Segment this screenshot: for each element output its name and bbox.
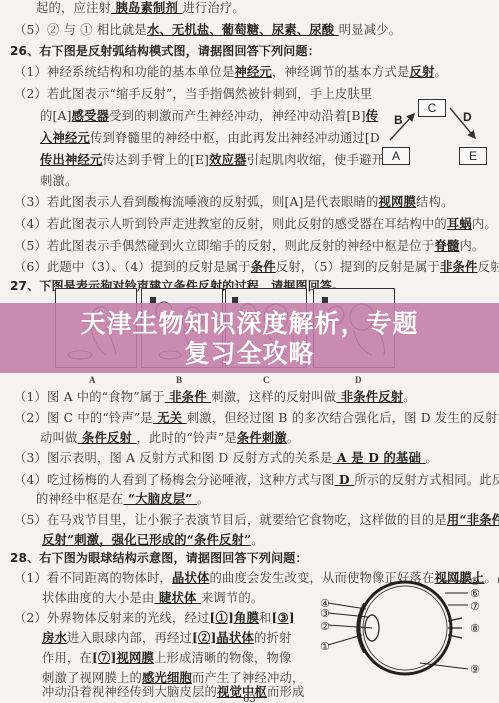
q27-part5-line2: 反射”刺激，强化已形成的“条件反射”。 bbox=[42, 532, 264, 548]
q28-part2-line5: 冲动沿着视神经传到大脑皮层的视觉中枢而形成 bbox=[42, 684, 304, 700]
text: （1）神经系统结构和功能的基本单位是 bbox=[14, 65, 234, 79]
text: （3）图示表明，图 A 反射方式和图 D 反射方式的关系是 bbox=[14, 451, 333, 465]
text: ，此时的“铃声”是 bbox=[136, 431, 236, 445]
answer-text: [①]角膜 bbox=[209, 610, 259, 625]
text: 引起肌肉收缩，使手避开 bbox=[247, 153, 384, 167]
answer-text: 入神经元 bbox=[40, 130, 90, 145]
q26-part2-line5: 刺激。 bbox=[40, 173, 78, 189]
answer-text: 视网膜 bbox=[379, 194, 417, 209]
answer-text: 无关 bbox=[153, 410, 187, 425]
answer-text: 效应器 bbox=[209, 152, 247, 167]
text: （2）外界物体反射来的光线，经过 bbox=[14, 611, 209, 625]
answer-text: 耳蜗 bbox=[447, 216, 472, 231]
document-page: 起的，应注射 胰岛素制剂 进行治疗。 （5）② 与 ① 相比就是水、无机盐、葡萄… bbox=[0, 0, 499, 703]
q28-part2-line1: （2）外界物体反射来的光线，经过[①]角膜和[③] bbox=[14, 610, 295, 626]
picture-label-d: D bbox=[355, 375, 362, 385]
text: 和 bbox=[259, 611, 272, 625]
text: 进入眼球内部，再经过 bbox=[67, 631, 192, 645]
answer-text: 感受器 bbox=[72, 108, 110, 123]
text: 。 bbox=[426, 451, 439, 465]
text: 。 bbox=[403, 390, 416, 404]
text: 来调节的。 bbox=[201, 591, 264, 605]
q26-part1: （1）神经系统结构和功能的基本单位是神经元，神经调节的基本方式是反射。 bbox=[14, 64, 447, 80]
text: 进行治疗。 bbox=[182, 1, 245, 15]
eye-label-2: ② bbox=[320, 620, 330, 633]
q27-part4-line1: （4）吃过杨梅的人看到了杨梅会分泌唾液，这种方式与图 D 所示的反射方式相同。此… bbox=[14, 472, 499, 488]
text: （6）此题中（3）、（4）提到的反射是属于 bbox=[14, 260, 251, 274]
q28-part2-line2: 房水进入眼球内部，再经过[②]晶状体的折射 bbox=[42, 630, 292, 646]
answer-text: [⑦]视网膜 bbox=[92, 650, 154, 665]
text: 。 bbox=[197, 492, 210, 506]
text: 刺激，但经过图 B 的多次结合强化后，图 D 发生的反射活 bbox=[187, 411, 499, 425]
picture-label-b: B bbox=[176, 375, 182, 385]
q27-part5-line1: （5）在马戏节目里，让小猴子表演节目后，就要给它食物吃，这样做的目的是用“非条件 bbox=[14, 512, 499, 528]
question-28-title: 28、右下图为眼球结构示意图，请据图回答下列问题： bbox=[10, 550, 308, 566]
text: 。 bbox=[434, 65, 447, 79]
text: 受到的刺激而产生神经冲动，神经冲动沿着[B] bbox=[109, 109, 366, 123]
q26-part4: （4）若此图表示人听到铃声走进教室的反射，则此反射的感受器在耳结构中的耳蜗内。 bbox=[14, 216, 497, 232]
text: 刺激，这样的反射叫做 bbox=[211, 390, 336, 404]
text: 而产生了神经冲动， bbox=[192, 671, 304, 685]
q27-part2-line2: 动叫做 条件反射 ，此时的“铃声”是条件刺激。 bbox=[40, 430, 299, 446]
text: 反射。 bbox=[478, 260, 499, 274]
text: 内。 bbox=[459, 239, 484, 253]
picture-label-c: C bbox=[263, 375, 270, 385]
q27-part4-line2: 的神经中枢是在 “大脑皮层” 。 bbox=[36, 491, 209, 507]
text: 的[A] bbox=[40, 109, 72, 123]
answer-text: 晶状体 bbox=[172, 570, 210, 585]
text: （1）图 A 中的“食物”属于 bbox=[14, 390, 165, 404]
text: 状体曲度的大小是由 bbox=[42, 591, 154, 605]
text: 的神经中枢是在 bbox=[36, 492, 123, 506]
q26-part2-line1: （2）若此图表示“缩手反射”，当手指偶然被针刺到，手上皮肤里 bbox=[14, 86, 372, 102]
answer-text: 非条件 bbox=[440, 259, 478, 274]
answer-text: 反射 bbox=[409, 64, 434, 79]
text: 内。 bbox=[472, 217, 497, 231]
answer-text: “大脑皮层” bbox=[123, 491, 197, 506]
text-line: （5）② 与 ① 相比就是水、无机盐、葡萄糖、尿素、尿酸 明显减少。 bbox=[14, 22, 401, 38]
answer-text: 反射”刺激，强化已形成的“条件反射” bbox=[42, 532, 251, 547]
text: （4）吃过杨梅的人看到了杨梅会分泌唾液，这种方式与图 bbox=[14, 473, 334, 487]
text: ，神经调节的基本方式是 bbox=[272, 65, 409, 79]
text: 结构。 bbox=[416, 195, 454, 209]
q26-part2-line4: 传出神经元传达到手臂上的[E]效应器引起肌肉收缩，使手避开 bbox=[40, 152, 384, 168]
q27-part2-line1: （2）图 C 中的“铃声”是 无关 刺激，但经过图 B 的多次结合强化后，图 D… bbox=[14, 410, 499, 426]
answer-text: 条件刺激 bbox=[237, 430, 287, 445]
text: 上形成清晰的物像，物像 bbox=[154, 651, 291, 665]
text: 冲动沿着视神经传到大脑皮层的 bbox=[42, 685, 217, 699]
answer-text: [③] bbox=[272, 610, 295, 625]
text: 。晶 bbox=[484, 571, 499, 585]
page-number: 63 bbox=[243, 694, 256, 703]
answer-text: 感光细胞 bbox=[142, 670, 192, 685]
text: （2）图 C 中的“铃声”是 bbox=[14, 411, 153, 425]
answer-text: 胰岛素制剂 bbox=[111, 0, 182, 15]
title-banner: 天津生物知识深度解析，专题 复习全攻略 bbox=[0, 303, 499, 373]
text: 传到脊髓里的神经中枢，由此再发出神经冲动通过[D bbox=[90, 131, 380, 145]
eye-label-7: ⑦ bbox=[470, 600, 480, 613]
q26-part2-line3: 入神经元传到脊髓里的神经中枢，由此再发出神经冲动通过[D bbox=[40, 130, 380, 146]
banner-title-line2: 复习全攻略 bbox=[0, 339, 499, 369]
answer-text: 非条件 bbox=[165, 389, 211, 404]
answer-text: 视觉中枢 bbox=[217, 684, 267, 699]
text: （5）② 与 ① 相比就是 bbox=[14, 23, 147, 37]
text: 起的，应注射 bbox=[36, 1, 111, 15]
q26-part2-line2: 的[A]感受器受到的刺激而产生神经冲动，神经冲动沿着[B]传 bbox=[40, 108, 378, 124]
answer-text: 条件反射 bbox=[78, 430, 137, 445]
text: 刺激了视网膜上的 bbox=[42, 671, 142, 685]
answer-text: 睫状体 bbox=[154, 590, 200, 605]
text: 所示的反射方式相同。此反射 bbox=[354, 473, 499, 487]
answer-text: 脊髓 bbox=[434, 238, 459, 253]
question-26-title: 26、右下图是反射弧结构模式图，请据图回答下列问题： bbox=[10, 43, 320, 59]
q26-part5: （5）若此图表示手偶然碰到火立即缩手的反射，则此反射的神经中枢是位于脊髓内。 bbox=[14, 238, 484, 254]
q27-part3: （3）图示表明，图 A 反射方式和图 D 反射方式的关系是 A 是 D 的基础 … bbox=[14, 450, 438, 466]
text: 的折射 bbox=[254, 631, 292, 645]
text: （3）若此图表示人看到酸梅流唾液的反射弧，则[A]是代表眼睛的 bbox=[14, 195, 379, 209]
answer-text: D bbox=[334, 472, 354, 487]
q26-part6: （6）此题中（3）、（4）提到的反射是属于条件反射，（5）提到的反射是属于非条件… bbox=[14, 259, 499, 275]
q28-part2-line3: 作用，在[⑦]视网膜上形成清晰的物像，物像 bbox=[42, 650, 292, 666]
eye-label-8: ⑧ bbox=[470, 622, 480, 635]
label-b: B bbox=[394, 113, 403, 127]
text: 反射，（5）提到的反射是属于 bbox=[276, 260, 440, 274]
text: 。 bbox=[287, 431, 300, 445]
text: 作用，在 bbox=[42, 651, 92, 665]
text: （1）看不同距离的物体时， bbox=[14, 571, 172, 585]
text: （4）若此图表示人听到铃声走进教室的反射，则此反射的感受器在耳结构中的 bbox=[14, 217, 447, 231]
text: （5）在马戏节目里，让小猴子表演节目后，就要给它食物吃，这样做的目的是 bbox=[14, 513, 447, 527]
q26-part3: （3）若此图表示人看到酸梅流唾液的反射弧，则[A]是代表眼睛的视网膜结构。 bbox=[14, 194, 454, 210]
text-line: 起的，应注射 胰岛素制剂 进行治疗。 bbox=[36, 0, 245, 16]
answer-text: [②]晶状体 bbox=[192, 630, 254, 645]
eye-label-1: ① bbox=[320, 640, 330, 653]
text: 明显减少。 bbox=[339, 23, 402, 37]
label-d: D bbox=[463, 110, 472, 124]
answer-text: 条件 bbox=[251, 259, 276, 274]
answer-text: 神经元 bbox=[234, 64, 272, 79]
answer-text: 用“非条件 bbox=[447, 512, 499, 527]
eye-label-6: ⑥ bbox=[470, 587, 480, 600]
answer-text: 非条件反射 bbox=[336, 389, 403, 404]
answer-text: 水、无机盐、葡萄糖、尿素、尿酸 bbox=[147, 22, 339, 37]
eyeball-icon bbox=[320, 573, 470, 683]
answer-text: 传出神经元 bbox=[40, 152, 103, 167]
q27-part1: （1）图 A 中的“食物”属于 非条件 刺激，这样的反射叫做 非条件反射。 bbox=[14, 389, 416, 405]
answer-text: A 是 D 的基础 bbox=[333, 450, 426, 465]
text: 传达到手臂上的[E] bbox=[103, 153, 210, 167]
eye-label-4: ④ bbox=[320, 597, 330, 610]
eye-label-9: ⑨ bbox=[470, 663, 480, 676]
picture-label-a: A bbox=[89, 375, 96, 385]
text: 。 bbox=[251, 533, 264, 547]
text: 动叫做 bbox=[40, 431, 78, 445]
banner-title-line1: 天津生物知识深度解析，专题 bbox=[0, 309, 499, 339]
answer-text: 传 bbox=[366, 108, 379, 123]
text: 而形成 bbox=[267, 685, 305, 699]
answer-text: 房水 bbox=[42, 630, 67, 645]
text: （5）若此图表示手偶然碰到火立即缩手的反射，则此反射的神经中枢是位于 bbox=[14, 239, 434, 253]
q28-part1-line2: 状体曲度的大小是由 睫状体 来调节的。 bbox=[42, 590, 263, 606]
